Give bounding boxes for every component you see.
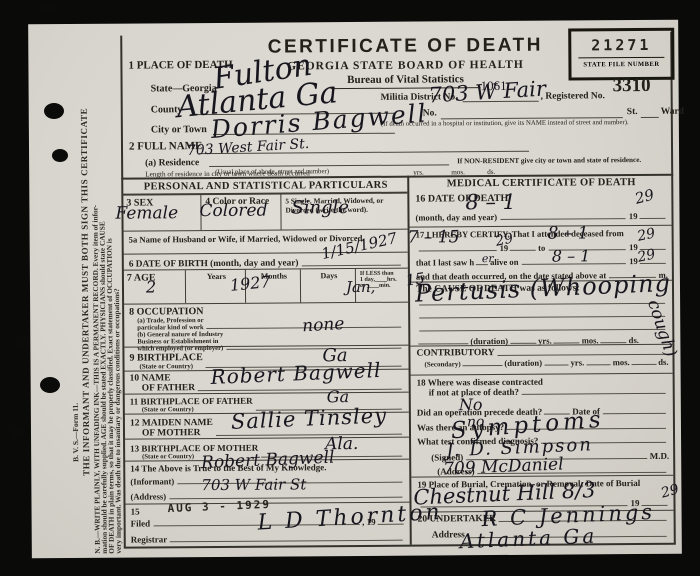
ward-label: Ward	[661, 107, 684, 118]
mother-name-rule	[216, 433, 402, 435]
dod-label: 16 DATE OF DEATH	[415, 192, 667, 205]
disease-contracted-row: 18 Where was disease contracted if not a…	[411, 374, 673, 402]
saw-label1: that I last saw h	[416, 257, 474, 267]
age-value-handwriting: 2	[146, 279, 156, 295]
father-bp-value-handwriting: Ga	[327, 389, 349, 405]
filed-label: Filed	[131, 519, 151, 529]
saw-h-handwriting: er	[482, 253, 494, 264]
race-value-handwriting: Colored	[199, 203, 267, 220]
father-label-line2: OF FATHER	[130, 383, 195, 393]
state-file-number-box: 21271 STATE FILE NUMBER	[568, 28, 674, 81]
contrib-ds-rule	[632, 363, 657, 364]
duration-mos: mos.	[582, 335, 599, 345]
state-file-number-label: STATE FILE NUMBER	[571, 61, 671, 69]
residence-rule	[209, 164, 449, 167]
nb-line-4: very important. Was death due to insanit…	[112, 205, 121, 554]
st-label: St.	[627, 107, 638, 118]
md-label: M.D.	[650, 450, 670, 460]
saw-label2: alive on	[490, 256, 518, 266]
ward-rule	[641, 117, 659, 118]
undertaker-address-handwriting: Atlanta Ga	[459, 526, 597, 552]
informant-label: (Informant)	[130, 476, 174, 486]
punch-hole	[40, 377, 60, 393]
informant-address-label: (Address)	[130, 491, 166, 501]
punch-hole	[14, 336, 30, 350]
form-number-vertical-text: B. V. S.—Form 11.	[71, 403, 80, 462]
contributory-label: CONTRIBUTORY	[416, 348, 494, 359]
certify-from-rule	[419, 250, 497, 252]
duration-yrs-rule	[510, 342, 536, 343]
duration-yrs: yrs.	[538, 335, 552, 345]
age-years-handwriting: 1927	[229, 274, 271, 294]
age-months-handwriting: Jan,	[346, 280, 375, 295]
punch-hole	[52, 149, 68, 162]
last-saw-year-handwriting: 29	[636, 247, 656, 265]
punch-hole	[11, 427, 25, 439]
dod-year-prefix: 19	[629, 211, 638, 221]
punch-hole	[44, 103, 64, 119]
dod-year-handwriting: 29	[634, 188, 656, 207]
birthplace-subnote: (State or Country)	[130, 363, 203, 371]
informant-address-rule	[169, 496, 402, 499]
scanned-photo-background: B. V. S.—Form 11. THE INFORMANT AND UNDE…	[0, 0, 700, 576]
physician-address-handwriting: 709 McDaniel	[443, 456, 564, 478]
birthplace-label: 9 BIRTHPLACE	[129, 352, 202, 364]
sex-value-handwriting: Female	[115, 205, 178, 222]
residence-value-handwriting: 703 West Fair St.	[187, 137, 310, 158]
date-of-death-row: 16 DATE OF DEATH (month, day and year)19	[409, 190, 671, 228]
q18-rule	[522, 393, 666, 395]
date-of-rule	[603, 413, 666, 414]
dod-year-rule	[640, 218, 666, 219]
dod-value-handwriting: 8 – 1	[465, 192, 516, 213]
dob-label: 6 DATE OF BIRTH (month, day and year)	[129, 259, 299, 270]
contrib-yrs-rule	[544, 364, 569, 365]
contrib-duration-lead	[463, 365, 503, 366]
duration-ds-rule	[601, 342, 627, 343]
marital-value-handwriting: Single	[291, 199, 349, 217]
secondary-note: (Secondary)	[416, 360, 460, 368]
registrar-rule	[170, 540, 403, 543]
duration-ds: ds.	[629, 335, 639, 345]
father-value-handwriting: Robert Bagwell	[210, 360, 382, 387]
death-certificate-paper: B. V. S.—Form 11. THE INFORMANT AND UNDE…	[28, 20, 682, 559]
undertaker-address-label: Address	[418, 531, 465, 541]
street-value-handwriting: 703 W Fair	[428, 79, 546, 107]
dod-rule	[500, 218, 626, 220]
occupation-row: 8 OCCUPATION (a) Trade, Profession or pa…	[123, 303, 408, 348]
dob-rule	[301, 265, 400, 267]
nb-note-vertical-text: N. B.—WRITE PLAINLY, WITH UNFADING INK—T…	[91, 205, 121, 554]
attended-from-handwriting: 7 – 15	[408, 229, 460, 246]
contributory-rule	[498, 353, 666, 355]
contrib-yrs: yrs.	[571, 357, 585, 367]
duration-mos-rule	[554, 342, 580, 343]
registrar-label: Registrar	[131, 535, 168, 545]
personal-particulars-header: PERSONAL AND STATISTICAL PARTICULARS	[122, 177, 407, 196]
contrib-duration-label: (duration)	[504, 357, 542, 367]
operation-value-handwriting: No	[459, 397, 483, 413]
punch-hole	[39, 1, 57, 15]
contrib-mos: mos.	[613, 357, 630, 367]
attended-from-year-handwriting: 29	[494, 231, 514, 249]
father-bp-label: 11 BIRTHPLACE OF FATHER	[130, 396, 253, 407]
informant-address-handwriting: 703 W Fair St	[201, 477, 306, 493]
state-file-number-divider	[578, 57, 664, 59]
certify-to-label: to	[538, 242, 545, 252]
father-label-line1: 10 NAME	[130, 373, 195, 383]
duration-lead-rule	[418, 343, 468, 344]
certify-from-year-rule	[510, 249, 536, 250]
city-label: City or Town	[151, 124, 207, 135]
burial-year-handwriting: 29	[660, 482, 681, 500]
contrib-mos-rule	[586, 364, 611, 365]
saw-year-prefix: 19	[629, 256, 638, 266]
residence-label: (a) Residence	[145, 158, 199, 169]
state-file-number-value: 21271	[571, 36, 671, 55]
last-saw-handwriting: 8 – 1	[552, 248, 591, 264]
duration-label: (duration)	[470, 336, 508, 346]
registered-no-value: 3310	[613, 76, 651, 97]
nonresident-note: If NON-RESIDENT give city or town and st…	[457, 157, 641, 166]
father-name-rule	[198, 389, 402, 391]
mother-label-line1: 12 MAIDEN NAME	[130, 418, 213, 429]
attended-to-year-handwriting: 29	[636, 226, 656, 244]
mother-label-line2: OF MOTHER	[130, 428, 213, 439]
contributory-row: CONTRIBUTORY (Secondary) (duration)yrs.m…	[410, 344, 672, 376]
attended-to-handwriting: 8 – 1	[548, 225, 589, 242]
registered-no-label: , Registered No.	[541, 91, 605, 102]
occupation-value-handwriting: none	[302, 316, 345, 335]
sign-note-vertical-text: THE INFORMANT AND UNDERTAKER MUST BOTH S…	[79, 108, 92, 476]
